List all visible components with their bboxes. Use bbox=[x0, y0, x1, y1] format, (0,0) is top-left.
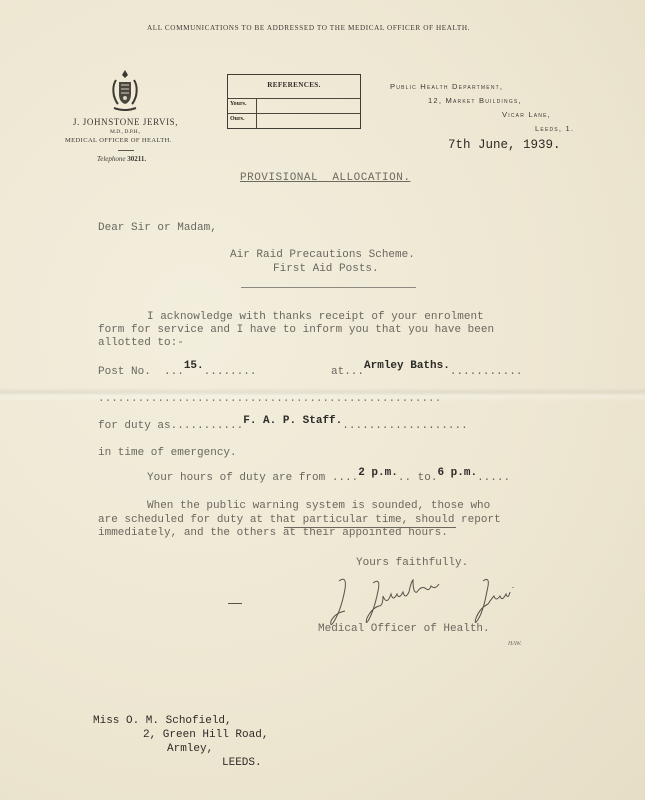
department-address-line: Public Health Department, bbox=[390, 82, 503, 91]
duty-value: F. A. P. Staff. bbox=[243, 415, 342, 427]
references-label: Ours. bbox=[230, 116, 255, 122]
hours-to-label: .. to. bbox=[398, 472, 438, 484]
paragraph-line: When the public warning system is sounde… bbox=[147, 500, 490, 512]
officer-title: MEDICAL OFFICER OF HEALTH. bbox=[65, 137, 172, 144]
blank-dotted-line: ........................................… bbox=[98, 393, 441, 405]
post-number-label: Post No. ...15......... bbox=[98, 366, 256, 378]
hours-label: Your hours of duty are from .... bbox=[147, 472, 358, 484]
department-address-line: Leeds, 1. bbox=[535, 124, 574, 133]
hours-to-value: 6 p.m. bbox=[437, 467, 477, 479]
department-address-line: 12, Market Buildings, bbox=[428, 96, 522, 105]
paragraph-line: form for service and I have to inform yo… bbox=[98, 324, 494, 336]
closing: Yours faithfully. bbox=[356, 557, 468, 569]
telephone: Telephone 30211. bbox=[97, 155, 146, 163]
post-label-text: Post No. ... bbox=[98, 366, 184, 378]
duty-label-text: for duty as........... bbox=[98, 420, 243, 432]
hours-of-duty: Your hours of duty are from ....2 p.m...… bbox=[147, 472, 510, 484]
paragraph-line: in time of emergency. bbox=[98, 447, 237, 459]
post-location-label: at...Armley Baths............ bbox=[331, 366, 522, 378]
post-dots: ........ bbox=[204, 366, 257, 378]
page-title: PROVISIONAL ALLOCATION. bbox=[240, 172, 410, 184]
references-label: Yours. bbox=[230, 101, 255, 107]
at-dots: ........... bbox=[450, 366, 523, 378]
telephone-number: 30211. bbox=[127, 155, 146, 163]
recipient-address-line: 2, Green Hill Road, bbox=[143, 729, 268, 741]
officer-qualifications: M.D., D.P.H., bbox=[110, 129, 140, 135]
paragraph-line: allotted to:- bbox=[98, 337, 184, 349]
post-location-value: Armley Baths. bbox=[364, 360, 450, 372]
divider bbox=[256, 114, 257, 128]
paragraph-line: immediately, and the others at their app… bbox=[98, 527, 448, 539]
coat-of-arms-icon bbox=[110, 68, 140, 114]
hours-dots: ..... bbox=[477, 472, 510, 484]
typist-initials: HAW. bbox=[508, 641, 522, 647]
at-label-text: at... bbox=[331, 366, 364, 378]
department-address-line: Vicar Lane, bbox=[502, 110, 551, 119]
signatory-title: Medical Officer of Health. bbox=[318, 623, 490, 635]
divider bbox=[256, 99, 257, 113]
references-row-yours: Yours. bbox=[228, 98, 360, 113]
divider bbox=[228, 603, 242, 604]
subject-line: Air Raid Precautions Scheme. bbox=[230, 249, 415, 261]
references-row-ours: Ours. bbox=[228, 113, 360, 128]
references-box: REFERENCES. Yours. Ours. bbox=[227, 74, 361, 129]
duty-label: for duty as...........F. A. P. Staff....… bbox=[98, 420, 468, 432]
post-number-value: 15. bbox=[184, 360, 204, 372]
subject-line: First Aid Posts. bbox=[273, 263, 379, 275]
salutation: Dear Sir or Madam, bbox=[98, 222, 217, 234]
paragraph-line: are scheduled for duty at that particula… bbox=[98, 514, 501, 526]
hours-from-value: 2 p.m. bbox=[358, 467, 398, 479]
recipient-address-line: Armley, bbox=[167, 743, 213, 755]
duty-dots: ................... bbox=[342, 420, 467, 432]
divider bbox=[118, 150, 134, 151]
officer-name: J. JOHNSTONE JERVIS, bbox=[73, 117, 178, 127]
recipient-address-line: LEEDS. bbox=[222, 757, 262, 769]
telephone-label: Telephone bbox=[97, 155, 126, 163]
paragraph-line: I acknowledge with thanks receipt of you… bbox=[147, 311, 484, 323]
communications-notice: ALL COMMUNICATIONS TO BE ADDRESSED TO TH… bbox=[147, 24, 470, 32]
letter-date: 7th June, 1939. bbox=[448, 138, 561, 152]
divider bbox=[241, 287, 416, 288]
recipient-address-line: Miss O. M. Schofield, bbox=[93, 715, 232, 727]
references-title: REFERENCES. bbox=[228, 81, 360, 89]
